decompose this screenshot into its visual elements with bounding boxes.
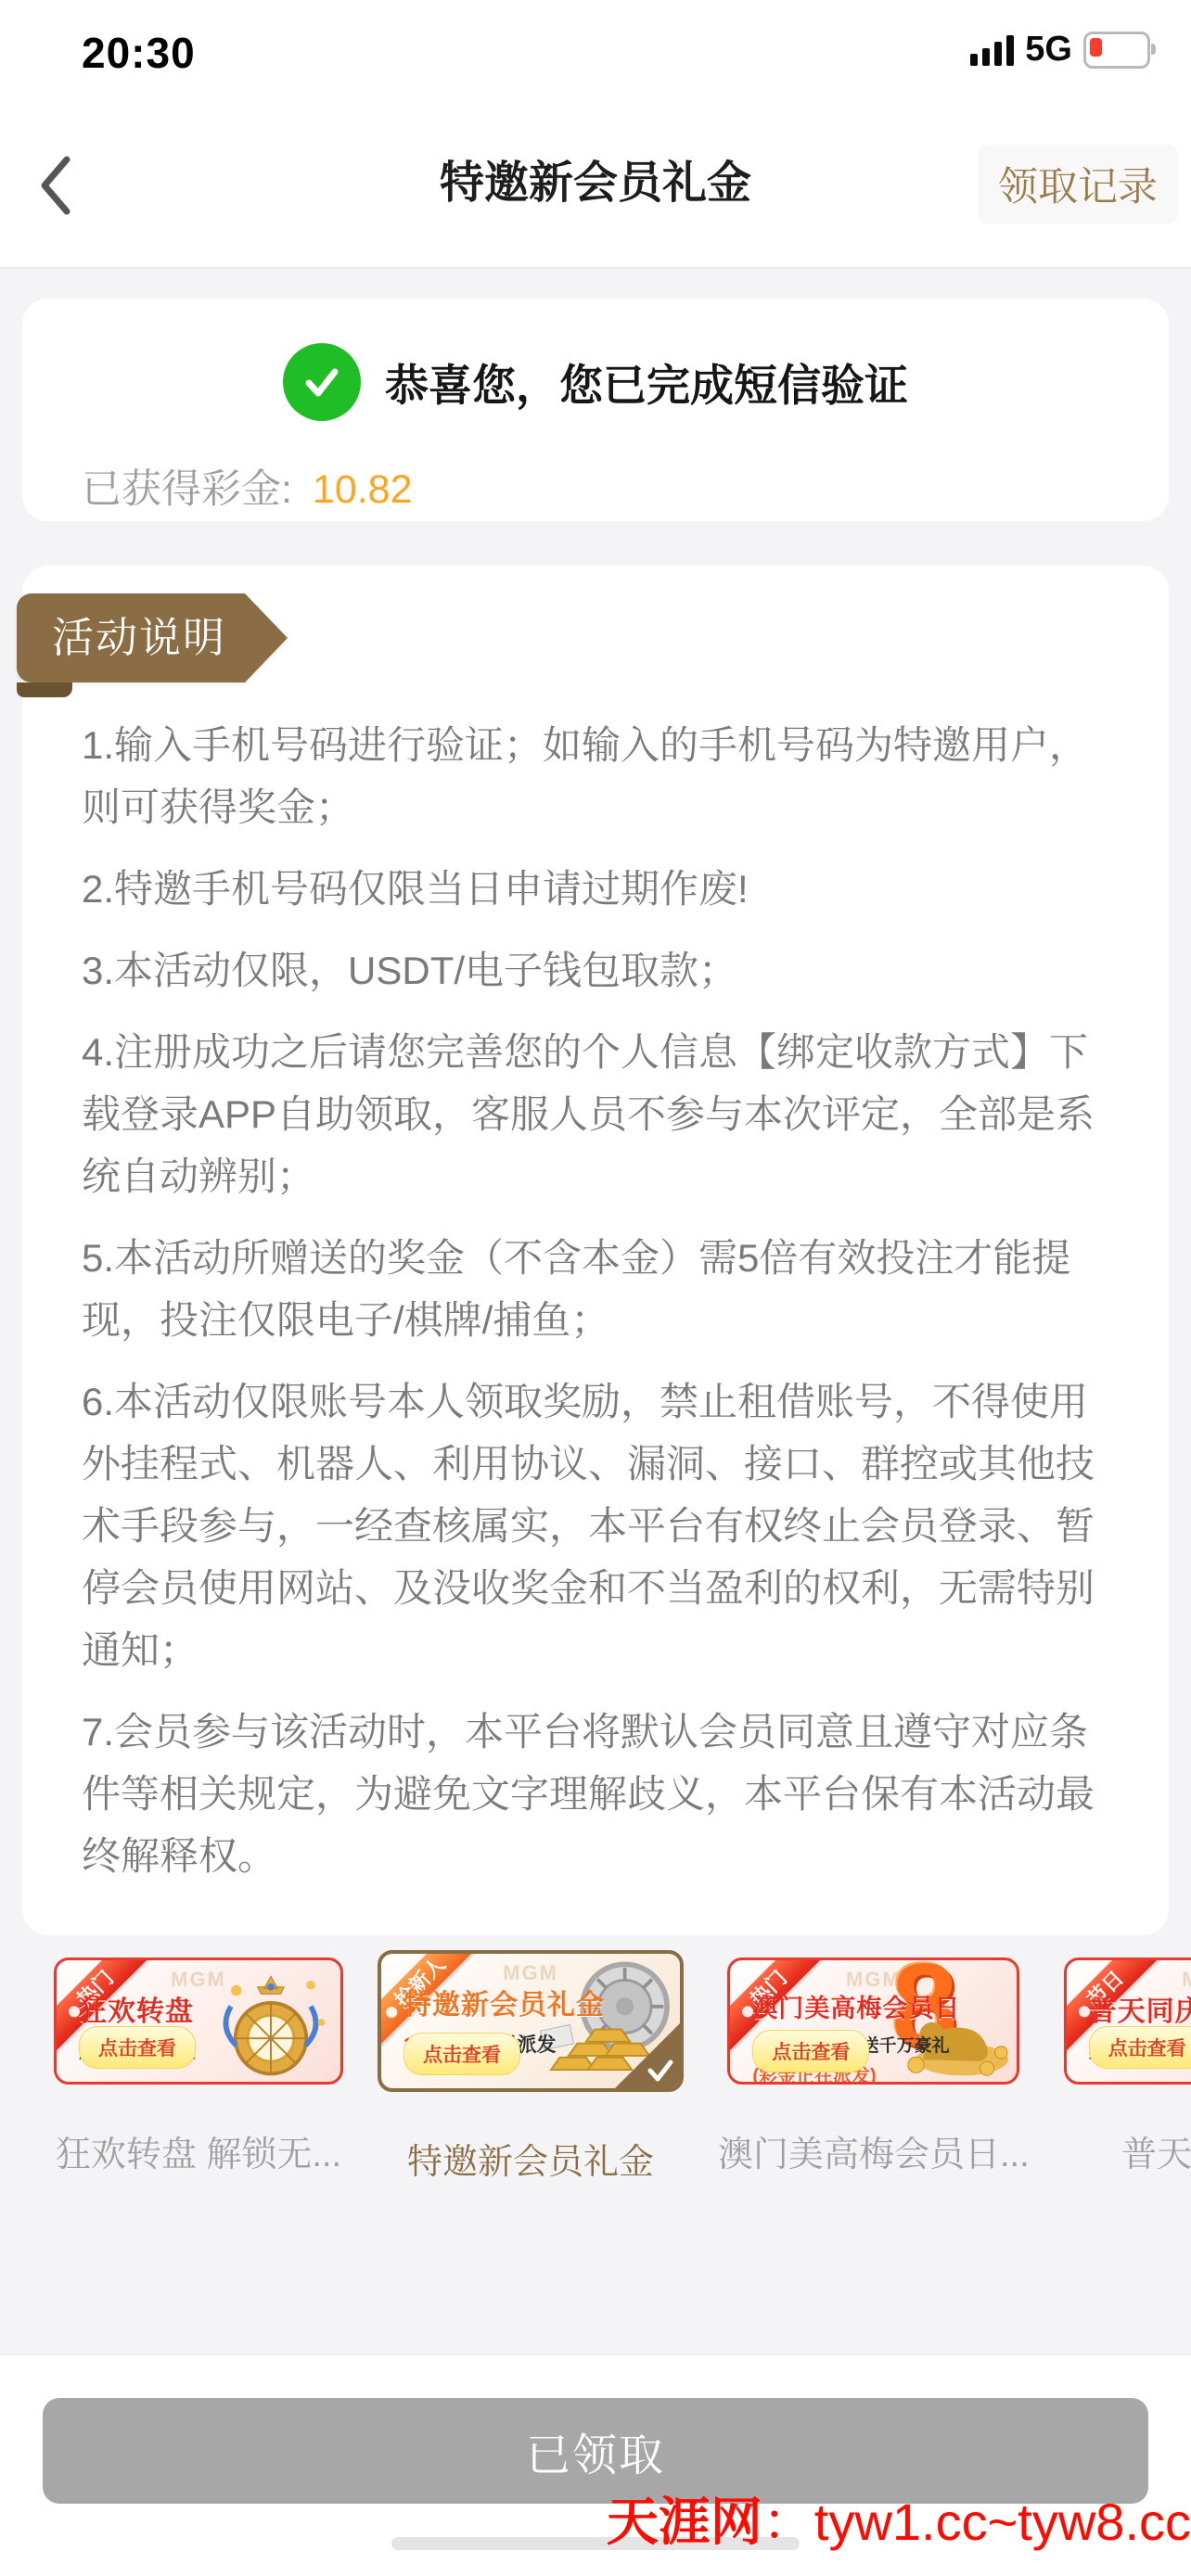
promo-banner-mgm-day[interactable]: MGM 8 热门 澳门美高梅会员日 每月08/18/28 送千万豪礼 (彩金正在… <box>727 1958 1019 2085</box>
bonus-row: 已获得彩金: 10.82 <box>82 458 1169 515</box>
promo-item-festival[interactable]: MGM 节日 普天同庆 盛世狂欢夜 存 点击查看 普天同庆… <box>1064 1958 1191 2176</box>
promo-banner-wheel[interactable]: MGM 热门 狂欢转盘 <box>54 1958 343 2085</box>
bonus-amount: 10.82 <box>313 467 413 512</box>
promo-caption[interactable]: 普天同庆… <box>1121 2125 1191 2176</box>
nav-bar: 特邀新会员礼金 领取记录 <box>0 104 1191 267</box>
badge-fold <box>17 682 72 697</box>
view-button[interactable]: 点击查看 <box>403 2033 520 2075</box>
promo-caption[interactable]: 狂欢转盘 解锁无... <box>56 2125 341 2176</box>
promo-title: 普天同庆 <box>1089 1988 1191 2029</box>
promo-row: MGM 热门 狂欢转盘 <box>0 1950 1191 2184</box>
promo-caption-selected[interactable]: 特邀新会员礼金 <box>407 2133 654 2184</box>
promo-item-wheel[interactable]: MGM 热门 狂欢转盘 <box>54 1958 343 2176</box>
signal-bars-icon <box>970 34 1014 66</box>
rule-item: 4.注册成功之后请您完善您的个人信息【绑定收款方式】下载登录APP自助领取，客服… <box>82 1021 1109 1207</box>
header: 20:30 5G 特邀新会员礼金 领取记录 <box>0 0 1191 269</box>
promo-banner-festival[interactable]: MGM 节日 普天同庆 盛世狂欢夜 存 点击查看 <box>1064 1958 1191 2085</box>
activity-rules-badge: 活动说明 <box>17 593 288 682</box>
rule-item: 7.会员参与该活动时，本平台将默认会员同意且遵守对应条件等相关规定，为避免文字理… <box>82 1701 1109 1887</box>
promo-title: 特邀新会员礼金 <box>403 1982 680 2022</box>
success-check-icon <box>283 343 361 421</box>
main-content: 恭喜您，您已完成短信验证 已获得彩金: 10.82 活动说明 1.输入手机号码进… <box>0 269 1191 2355</box>
status-time: 20:30 <box>82 28 196 78</box>
badge-arrow-tip <box>245 593 288 682</box>
battery-icon <box>1083 32 1150 69</box>
activity-rules-card: 活动说明 1.输入手机号码进行验证；如输入的手机号码为特邀用户，则可获得奖金； … <box>22 566 1169 1935</box>
promo-item-new-member[interactable]: MGM <box>378 1950 684 2184</box>
view-button[interactable]: 点击查看 <box>79 2026 196 2069</box>
rule-item: 2.特邀手机号码仅限当日申请过期作废! <box>82 858 1109 920</box>
activity-rules-badge-label: 活动说明 <box>17 593 245 682</box>
site-watermark-urls: ：tyw1.cc~tyw8.cc <box>762 2493 1191 2551</box>
rule-item: 6.本活动仅限账号本人领取奖励，禁止租借账号，不得使用外挂程式、机器人、利用协议… <box>82 1371 1109 1681</box>
promo-carousel[interactable]: MGM 热门 狂欢转盘 <box>0 1950 1191 2184</box>
bonus-label: 已获得彩金: <box>82 467 292 512</box>
promo-item-mgm-day[interactable]: MGM 8 热门 澳门美高梅会员日 每月08/18/28 送千万豪礼 (彩金正在… <box>718 1958 1030 2176</box>
rule-item: 5.本活动所赠送的奖金（不含本金）需5倍有效投注才能提现，投注仅限电子/棋牌/捕… <box>82 1227 1109 1351</box>
success-message: 恭喜您，您已完成短信验证 <box>385 351 908 414</box>
view-button[interactable]: 点击查看 <box>752 2030 869 2072</box>
claim-record-button[interactable]: 领取记录 <box>978 145 1178 223</box>
view-button[interactable]: 点击查看 <box>1089 2026 1191 2069</box>
rule-item: 1.输入手机号码进行验证；如输入的手机号码为特邀用户，则可获得奖金； <box>82 714 1109 838</box>
site-watermark: 天涯网：tyw1.cc~tyw8.cc <box>607 2481 1191 2556</box>
network-type-label: 5G <box>1025 30 1072 70</box>
success-row: 恭喜您，您已完成短信验证 <box>22 299 1169 421</box>
status-right-cluster: 5G <box>970 30 1150 70</box>
promo-title: 狂欢转盘 <box>79 1988 340 2029</box>
promo-banner-new-member[interactable]: MGM <box>378 1950 684 2092</box>
promo-title: 澳门美高梅会员日 <box>752 1988 1017 2024</box>
site-watermark-name: 天涯网 <box>607 2494 762 2552</box>
selected-check-icon <box>647 2059 674 2083</box>
rules-list: 1.输入手机号码进行验证；如输入的手机号码为特邀用户，则可获得奖金； 2.特邀手… <box>22 566 1169 1887</box>
sms-success-card: 恭喜您，您已完成短信验证 已获得彩金: 10.82 <box>22 299 1169 521</box>
promo-caption[interactable]: 澳门美高梅会员日... <box>718 2125 1030 2176</box>
rule-item: 3.本活动仅限，USDT/电子钱包取款； <box>82 939 1109 1001</box>
status-bar: 20:30 5G <box>0 20 1191 85</box>
gift-icon <box>384 2004 400 2020</box>
